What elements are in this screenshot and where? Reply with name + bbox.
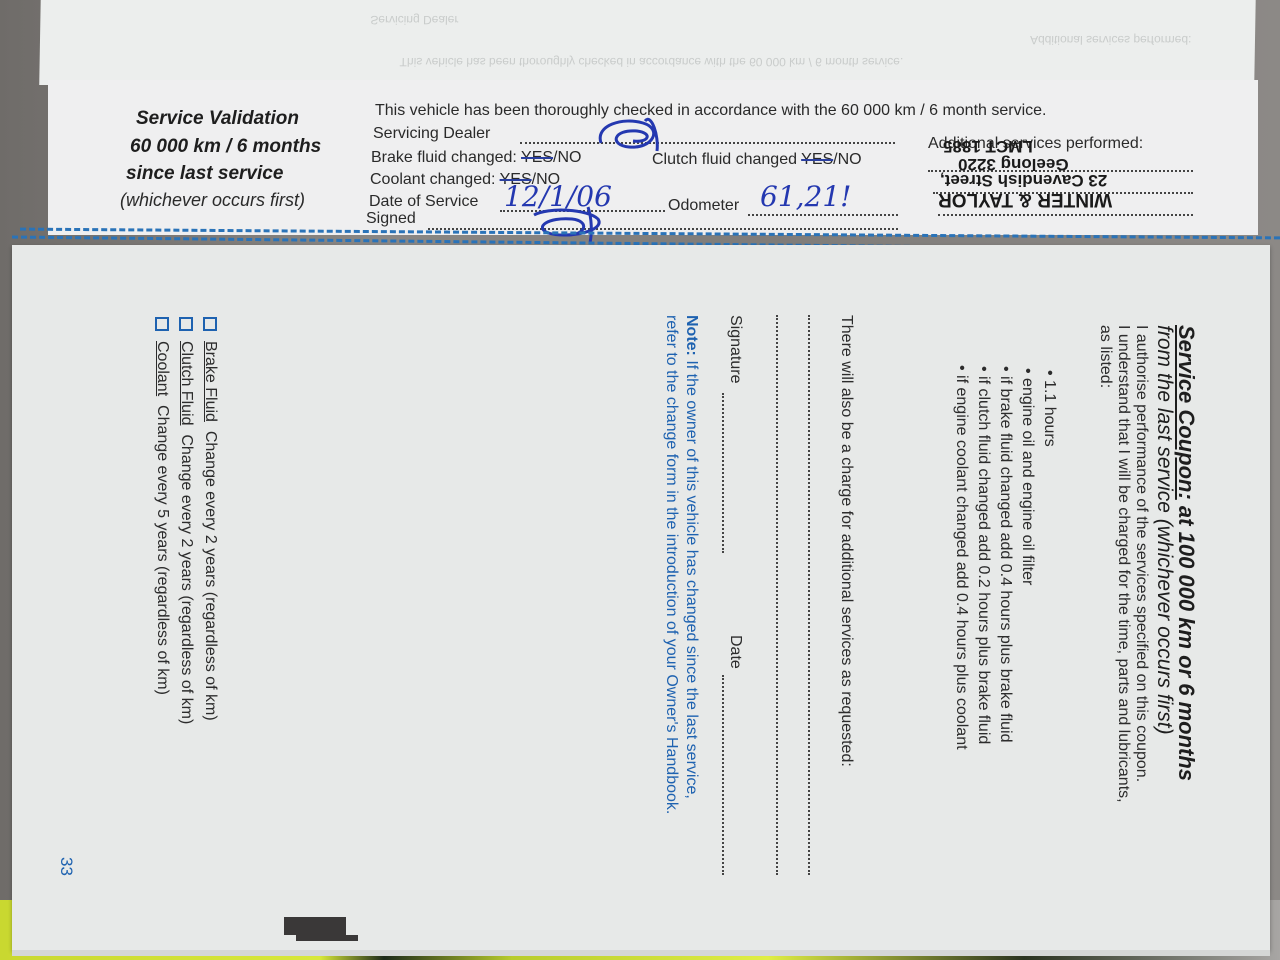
additional-services-line-2[interactable]: [776, 315, 780, 875]
checklist-item-text: Change every 5 years (regardless of km): [154, 405, 171, 695]
bullet-item: • if clutch fluid changed add 0.2 hours …: [974, 366, 992, 744]
additional-services-line-1[interactable]: [808, 315, 812, 875]
brake-fluid-checkbox[interactable]: [203, 317, 217, 331]
date-label: Date: [726, 635, 744, 669]
page-tab-marker: [296, 935, 358, 941]
signature-label: Signature: [726, 315, 744, 384]
note-line-2: refer to the change form in the introduc…: [662, 315, 680, 814]
odometer-value: 61,21!: [760, 180, 851, 213]
checklist-item-clutch-fluid: Clutch Fluid Change every 2 years (regar…: [177, 317, 195, 724]
odometer-field[interactable]: [748, 214, 898, 216]
clutch-fluid-label: Clutch fluid changed: [652, 151, 797, 168]
bullet-item: • if engine coolant changed add 0.4 hour…: [952, 365, 970, 750]
servicing-dealer-field[interactable]: [520, 142, 895, 144]
handbook-page-33: Service Coupon: at 100 000 km or 6 month…: [12, 245, 1270, 950]
coupon-subtitle: from the last service (whichever occurs …: [1152, 325, 1176, 735]
authorise-line-1: I authorise performance of the services …: [1132, 325, 1150, 782]
brake-fluid-row: Brake fluid changed: YES/NO: [371, 149, 582, 167]
coupon-title-interval: at 100 000 km or 6 months: [1174, 500, 1199, 781]
service-validation-coupon: Service Validation 60 000 km / 6 months …: [48, 80, 1258, 235]
clutch-fluid-no-option[interactable]: NO: [838, 151, 862, 168]
date-field[interactable]: [722, 675, 726, 875]
note-line-1: Note: If the owner of this vehicle has c…: [682, 315, 700, 799]
checklist-item-text: Change every 2 years (regardless of km): [178, 434, 195, 724]
signed-field[interactable]: [428, 228, 898, 230]
note-label: Note:: [683, 315, 700, 356]
checklist-item-label: Coolant: [154, 341, 171, 396]
intro-text: This vehicle has been thoroughly checked…: [375, 102, 1046, 120]
checklist-item-label: Clutch Fluid: [178, 341, 195, 425]
note-text: If the owner of this vehicle has changed…: [683, 356, 700, 799]
mirrored-text: This vehicle has been thoroughly checked…: [399, 55, 903, 69]
brake-fluid-yes-option[interactable]: YES: [521, 149, 553, 166]
bullet-item: • if brake fluid changed add 0.4 hours p…: [996, 366, 1014, 743]
additional-services-field-3[interactable]: [938, 214, 1193, 216]
validation-since: since last service: [126, 163, 283, 185]
additional-charge-text: There will also be a charge for addition…: [837, 315, 855, 767]
checklist-item-coolant: Coolant Change every 5 years (regardless…: [153, 317, 171, 695]
clutch-fluid-yes-option[interactable]: YES: [801, 151, 833, 168]
authorise-line-2: I understand that I will be charged for …: [1114, 325, 1132, 803]
dealer-stamp-line4: LMCT 1885: [943, 136, 1033, 156]
checklist-item-text: Change every 2 years (regardless of km): [202, 431, 219, 721]
mirrored-text: Additional services performed:: [1030, 33, 1192, 47]
page-tab-marker: [284, 917, 346, 935]
checklist-item-brake-fluid: Brake Fluid Change every 2 years (regard…: [201, 317, 219, 721]
bullet-item: • engine oil and engine oil filter: [1018, 368, 1036, 585]
signed-label: Signed: [366, 210, 416, 228]
brake-fluid-label: Brake fluid changed:: [371, 149, 517, 166]
dealer-signature-scribble: [593, 115, 673, 155]
previous-page: This vehicle has been thoroughly checked…: [39, 0, 1256, 85]
clutch-fluid-checkbox[interactable]: [179, 317, 193, 331]
dealer-stamp-line2: 23 Cavendish Street,: [940, 170, 1107, 190]
brake-fluid-no-option[interactable]: NO: [558, 149, 582, 166]
bullet-item: • 1.1 hours: [1040, 370, 1058, 447]
coolant-checkbox[interactable]: [155, 317, 169, 331]
coolant-label: Coolant changed:: [370, 171, 495, 188]
signature-field[interactable]: [722, 393, 726, 553]
dealer-stamp-line1: WINTER & TAYLOR: [938, 188, 1112, 210]
servicing-dealer-label: Servicing Dealer: [373, 125, 490, 143]
page-number: 33: [56, 857, 76, 876]
checklist-item-label: Brake Fluid: [202, 341, 219, 422]
coupon-title: Service Coupon: at 100 000 km or 6 month…: [1173, 325, 1199, 781]
validation-title: Service Validation: [136, 108, 299, 130]
authorise-line-3: as listed:: [1096, 325, 1114, 388]
clutch-fluid-row: Clutch fluid changed YES/NO: [652, 151, 862, 169]
odometer-label: Odometer: [668, 197, 739, 215]
validation-interval: 60 000 km / 6 months: [130, 136, 321, 158]
signature-scribble: [528, 205, 608, 245]
mirrored-text: Servicing Dealer: [370, 13, 458, 27]
coupon-title-label: Service Coupon:: [1174, 325, 1199, 500]
date-of-service-label: Date of Service: [369, 193, 478, 211]
validation-note: (whichever occurs first): [120, 190, 305, 211]
